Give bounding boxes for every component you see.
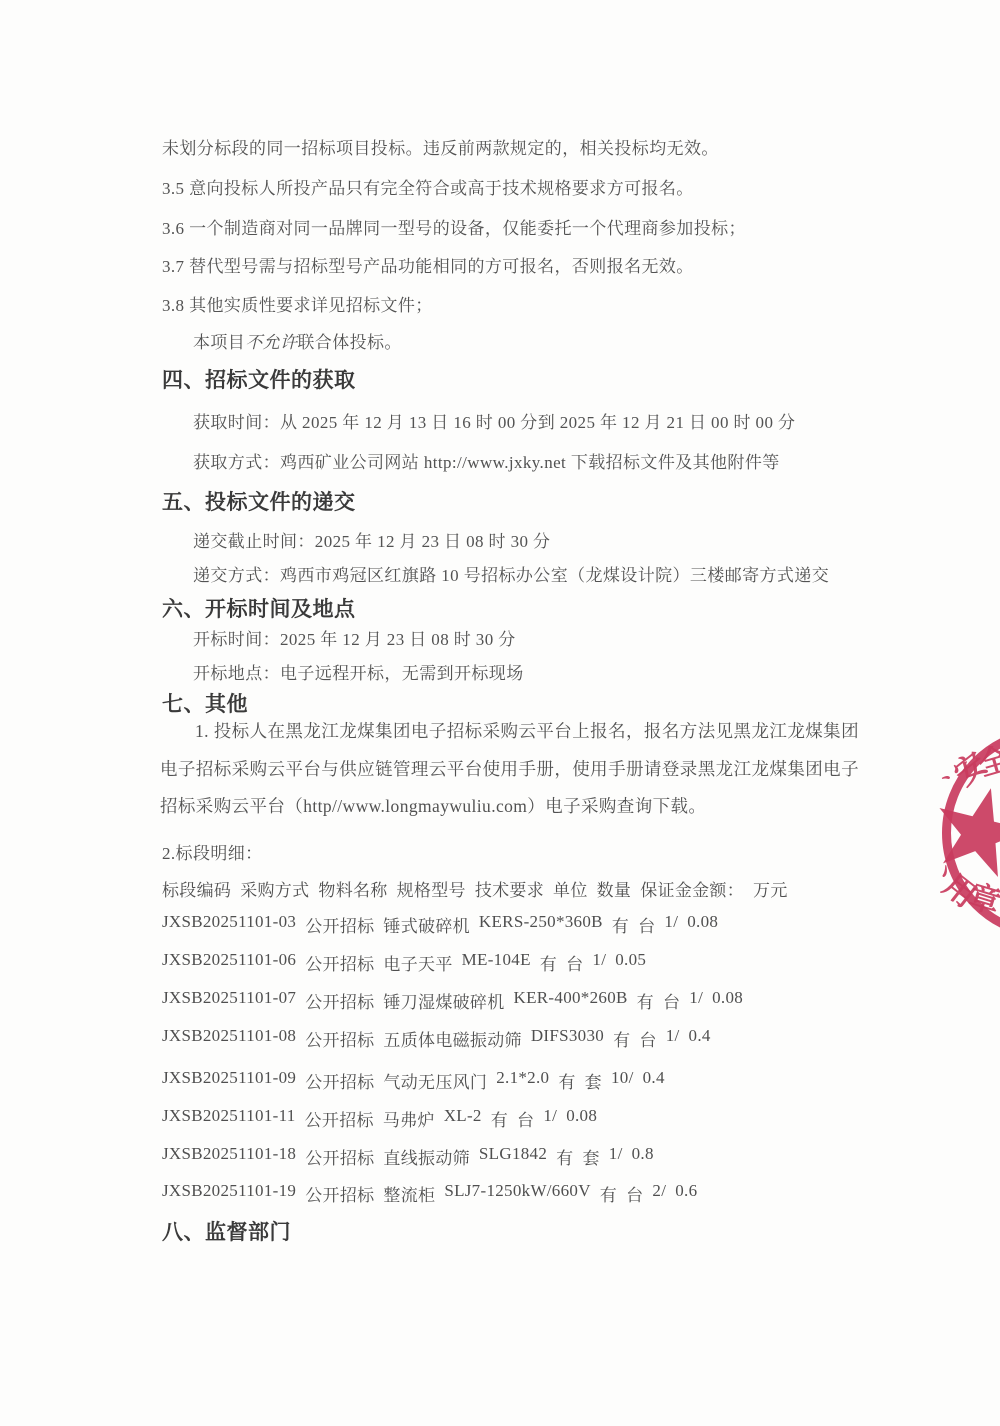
lot-unit: 台 — [638, 912, 655, 937]
lot-tech: 有 — [540, 950, 557, 975]
lot-code: JXSB20251101-07 — [162, 988, 296, 1013]
lot-tech: 有 — [600, 1181, 617, 1206]
submit-deadline: 递交截止时间：2025 年 12 月 23 日 08 时 30 分 — [193, 527, 550, 552]
lot-model: 2.1*2.0 — [496, 1068, 549, 1093]
lot-code: JXSB20251101-19 — [162, 1181, 296, 1206]
lot-unit: 台 — [663, 988, 680, 1013]
lot-row: JXSB20251101-06 公开招标 电子天平 ME-104E 有 台 1/… — [162, 950, 646, 975]
lot-code: JXSB20251101-06 — [162, 950, 296, 975]
opening-time: 开标时间：2025 年 12 月 23 日 08 时 30 分 — [193, 625, 516, 650]
lot-method: 公开招标 — [305, 1181, 374, 1206]
lot-code: JXSB20251101-03 — [162, 912, 296, 937]
lot-qty: 1/ — [664, 912, 678, 937]
lot-model: SLG1842 — [479, 1144, 547, 1169]
lot-row: JXSB20251101-07 公开招标 锤刀湿煤破碎机 KER-400*260… — [162, 988, 743, 1013]
clause-3-5: 3.5 意向投标人所投产品只有完全符合或高于技术规格要求方可报名。 — [162, 174, 694, 199]
col-deposit: 保证金金额： — [640, 876, 744, 901]
lot-row: JXSB20251101-18 公开招标 直线振动筛 SLG1842 有 套 1… — [162, 1144, 654, 1169]
lot-name: 锤刀湿煤破碎机 — [383, 988, 504, 1013]
lot-model: KER-400*260B — [514, 988, 628, 1013]
seal-star-icon — [932, 784, 1000, 880]
lot-name: 电子天平 — [383, 950, 452, 975]
lot-unit: 台 — [639, 1026, 656, 1051]
lot-model: KERS-250*360B — [479, 912, 603, 937]
lot-tech: 有 — [558, 1068, 575, 1093]
platform-registration-paragraph: 1. 投标人在黑龙江龙煤集团电子招标采购云平台上报名，报名方法见黑龙江龙煤集团电… — [160, 713, 859, 826]
col-material-name: 物料名称 — [318, 876, 387, 901]
lot-row: JXSB20251101-11 公开招标 马弗炉 XL-2 有 台 1/ 0.0… — [162, 1106, 597, 1131]
lot-method: 公开招标 — [305, 1026, 374, 1051]
lot-unit: 台 — [517, 1106, 534, 1131]
lot-amount: 0.8 — [632, 1144, 654, 1169]
lot-amount: 0.08 — [687, 912, 718, 937]
lot-amount: 0.6 — [675, 1181, 697, 1206]
lot-table-header: 标段编码 采购方式 物料名称 规格型号 技术要求 单位 数量 保证金金额： 万元 — [162, 876, 788, 901]
lot-code: JXSB20251101-08 — [162, 1026, 296, 1051]
lot-method: 公开招标 — [305, 912, 374, 937]
obtain-time: 获取时间：从 2025 年 12 月 13 日 16 时 00 分到 2025 … — [193, 408, 795, 433]
lot-method: 公开招标 — [305, 1106, 374, 1131]
lot-method: 公开招标 — [305, 1068, 374, 1093]
lot-qty: 1/ — [666, 1026, 680, 1051]
opening-place: 开标地点：电子远程开标，无需到开标现场 — [193, 659, 524, 684]
seal-char-zhang: 章 — [964, 870, 1000, 922]
lot-unit: 台 — [566, 950, 583, 975]
section-5-heading: 五、投标文件的递交 — [162, 486, 356, 516]
lot-name: 直线振动筛 — [383, 1144, 470, 1169]
lot-code: JXSB20251101-09 — [162, 1068, 296, 1093]
submit-method: 递交方式：鸡西市鸡冠区红旗路 10 号招标办公室（龙煤设计院）三楼邮寄方式递交 — [193, 561, 829, 586]
lot-qty: 10/ — [611, 1068, 634, 1093]
col-procure-method: 采购方式 — [240, 876, 309, 901]
no-consortium-prefix: 本项目 — [193, 333, 245, 352]
lot-unit: 套 — [585, 1068, 602, 1093]
lot-name: 锤式破碎机 — [383, 912, 470, 937]
seal-partial-mark: 、 — [926, 749, 964, 786]
document-page: 未划分标段的同一招标项目投标。违反前两款规定的，相关投标均无效。 3.5 意向投… — [0, 0, 1000, 1426]
lot-tech: 有 — [556, 1144, 573, 1169]
lot-amount: 0.4 — [689, 1026, 711, 1051]
col-lot-code: 标段编码 — [162, 876, 231, 901]
lot-name: 五质体电磁振动筛 — [383, 1026, 521, 1051]
lot-unit: 套 — [582, 1144, 599, 1169]
lot-method: 公开招标 — [305, 950, 374, 975]
seal-partial-mark: 丶 — [925, 854, 963, 890]
seal-char-quan: 全 — [972, 733, 1000, 785]
clause-unsplit-lots: 未划分标段的同一招标项目投标。违反前两款规定的，相关投标均无效。 — [162, 134, 719, 159]
col-deposit-unit: 万元 — [753, 876, 788, 901]
lot-qty: 2/ — [652, 1181, 666, 1206]
lot-code: JXSB20251101-11 — [162, 1106, 296, 1131]
lot-tech: 有 — [491, 1106, 508, 1131]
col-tech-req: 技术要求 — [475, 876, 544, 901]
lot-detail-label: 2.标段明细： — [162, 839, 263, 864]
lot-row: JXSB20251101-09 公开招标 气动无压风门 2.1*2.0 有 套 … — [162, 1068, 665, 1093]
lot-amount: 0.4 — [643, 1068, 665, 1093]
clause-3-8: 3.8 其他实质性要求详见招标文件； — [162, 291, 433, 316]
clause-3-7: 3.7 替代型号需与招标型号产品功能相同的方可报名，否则报名无效。 — [162, 252, 694, 277]
lot-qty: 1/ — [592, 950, 606, 975]
lot-method: 公开招标 — [305, 1144, 374, 1169]
lot-tech: 有 — [612, 912, 629, 937]
lot-amount: 0.08 — [712, 988, 743, 1013]
section-8-heading: 八、监督部门 — [162, 1216, 291, 1246]
lot-model: SLJ7-1250kW/660V — [444, 1181, 590, 1206]
lot-tech: 有 — [637, 988, 654, 1013]
col-spec-model: 规格型号 — [397, 876, 466, 901]
obtain-method: 获取方式：鸡西矿业公司网站 http://www.jxky.net 下载招标文件… — [193, 448, 780, 473]
col-qty: 数量 — [597, 876, 632, 901]
clause-no-consortium: 本项目不允许联合体投标。 — [193, 328, 402, 353]
lot-name: 整流柜 — [383, 1181, 435, 1206]
lot-unit: 台 — [626, 1181, 643, 1206]
lot-model: XL-2 — [444, 1106, 482, 1131]
no-consortium-emphasis: 不允许 — [245, 333, 297, 352]
seal-char-an: 安 — [942, 739, 994, 794]
lot-name: 马弗炉 — [383, 1106, 435, 1131]
lot-model: ME-104E — [462, 950, 531, 975]
lot-row: JXSB20251101-03 公开招标 锤式破碎机 KERS-250*360B… — [162, 912, 718, 937]
col-unit: 单位 — [553, 876, 588, 901]
lot-amount: 0.08 — [566, 1106, 597, 1131]
lot-row: JXSB20251101-08 公开招标 五质体电磁振动筛 DIFS3030 有… — [162, 1026, 711, 1051]
lot-amount: 0.05 — [615, 950, 646, 975]
lot-model: DIFS3030 — [531, 1026, 604, 1051]
lot-qty: 1/ — [609, 1144, 623, 1169]
no-consortium-suffix: 联合体投标。 — [297, 333, 401, 352]
clause-3-6: 3.6 一个制造商对同一品牌同一型号的设备，仅能委托一个代理商参加投标； — [162, 214, 746, 239]
section-4-heading: 四、招标文件的获取 — [162, 364, 356, 394]
lot-method: 公开招标 — [305, 988, 374, 1013]
lot-qty: 1/ — [543, 1106, 557, 1131]
lot-qty: 1/ — [689, 988, 703, 1013]
section-6-heading: 六、开标时间及地点 — [162, 593, 356, 623]
lot-row: JXSB20251101-19 公开招标 整流柜 SLJ7-1250kW/660… — [162, 1181, 697, 1206]
lot-name: 气动无压风门 — [383, 1068, 487, 1093]
lot-code: JXSB20251101-18 — [162, 1144, 296, 1169]
seal-ring — [942, 727, 1000, 939]
lot-tech: 有 — [613, 1026, 630, 1051]
seal-char-yong: 用 — [935, 861, 987, 916]
